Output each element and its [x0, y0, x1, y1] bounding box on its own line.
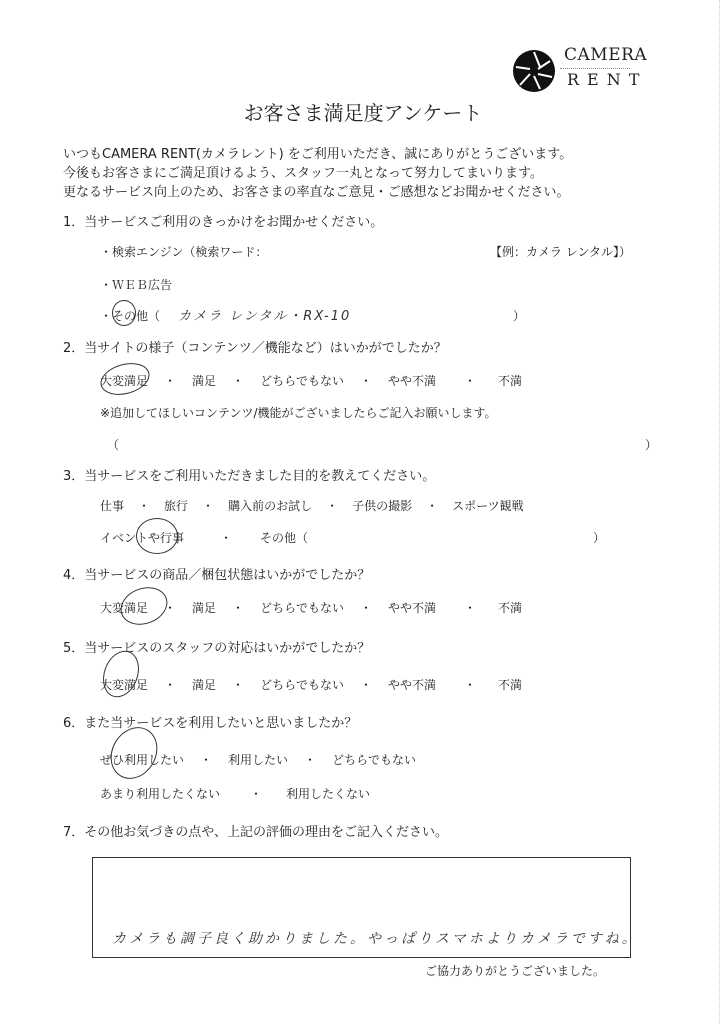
q3-selection-circle — [136, 518, 178, 554]
q1-search-example: 【例：カメラ レンタル】） — [490, 243, 631, 260]
q3-option-sports[interactable]: スポーツ観戦 — [452, 499, 524, 513]
q2-paren-open: （ — [107, 436, 119, 453]
scan-edge-dots — [719, 0, 721, 1024]
question-7: 7．その他お気づきの点や、上記の評価の理由をご記入ください。 — [63, 821, 448, 840]
logo: CAMERA RENT — [512, 45, 652, 95]
q2-selection-circle — [97, 358, 153, 400]
question-4: 4．当サービスの商品／梱包状態はいかがでしたか？ — [63, 564, 370, 583]
q3-option-travel[interactable]: 旅行 — [164, 499, 188, 513]
question-1: 1．当サービスご利用のきっかけをお聞かせください。 — [63, 211, 383, 230]
question-2: 2．当サイトの様子（コンテンツ／機能など）はいかがでしたか？ — [63, 337, 447, 356]
q5-options: 大変満足・満足・どちらでもない・やや不満・不満 — [100, 676, 522, 693]
logo-text-camera: CAMERA — [564, 45, 647, 65]
q3-option-work[interactable]: 仕事 — [100, 499, 124, 513]
q3-option-trial[interactable]: 購入前のお試し — [228, 499, 312, 513]
q6-option-not-really[interactable]: あまり利用したくない — [100, 787, 220, 801]
q6-options-row2: あまり利用したくない・利用したくない — [100, 785, 370, 802]
q3-options-row1: 仕事・旅行・購入前のお試し・子供の撮影・スポーツ観戦 — [100, 497, 524, 514]
q5-option-neutral[interactable]: どちらでもない — [260, 678, 344, 692]
q7-answer-handwritten: カメラも調子良く助かりました。やっぱりスマホよりカメラですね。 — [112, 928, 639, 948]
question-3: 3．当サービスをご利用いただきました目的を教えてください。 — [63, 465, 435, 484]
intro-line-2: 今後もお客さまにご満足頂けるよう、スタッフ一丸となって努力してまいります。 — [63, 162, 543, 181]
q4-option-satisfied[interactable]: 満足 — [192, 601, 216, 615]
q2-options: 大変満足・満足・どちらでもない・やや不満・不満 — [100, 372, 522, 389]
q5-option-dissatisfied[interactable]: 不満 — [498, 678, 522, 692]
q3-separator: ・ — [220, 529, 232, 546]
question-5: 5．当サービスのスタッフの対応はいかがでしたか？ — [63, 637, 370, 656]
q2-option-somewhat-dissatisfied[interactable]: やや不満 — [388, 374, 436, 388]
q1-other-close: ） — [513, 307, 525, 324]
q3-option-kids-photo[interactable]: 子供の撮影 — [352, 499, 412, 513]
q4-option-neutral[interactable]: どちらでもない — [260, 601, 344, 615]
q2-option-neutral[interactable]: どちらでもない — [260, 374, 344, 388]
camera-aperture-icon — [512, 49, 556, 93]
q2-option-satisfied[interactable]: 満足 — [192, 374, 216, 388]
q4-selection-circle — [115, 581, 172, 631]
q1-option-search-engine[interactable]: ・検索エンジン（検索ワード： — [100, 243, 267, 260]
q1-option-web-ad[interactable]: ・ＷＥＢ広告 — [100, 276, 172, 293]
q1-selection-circle — [112, 300, 136, 326]
q3-option-other[interactable]: その他（ — [260, 529, 308, 546]
intro-line-1: いつもCAMERA RENT(カメラレント) をご利用いただき、誠にありがとうご… — [63, 143, 572, 162]
logo-text-rent: RENT — [567, 70, 647, 89]
q2-option-dissatisfied[interactable]: 不満 — [498, 374, 522, 388]
question-6: 6．また当サービスを利用したいと思いましたか？ — [63, 712, 357, 731]
q6-option-no[interactable]: 利用したくない — [286, 787, 370, 801]
q2-paren-close: ） — [645, 436, 657, 453]
q5-option-somewhat-dissatisfied[interactable]: やや不満 — [388, 678, 436, 692]
page-title: お客さま満足度アンケート — [0, 97, 726, 126]
intro-line-3: 更なるサービス向上のため、お客さまの率直なご意見・ご感想などお聞かせください。 — [63, 181, 569, 200]
q3-other-close: ） — [593, 529, 605, 546]
q2-note: ※追加してほしいコンテンツ/機能がございましたらご記入お願いします。 — [100, 404, 497, 421]
footer-thanks: ご協力ありがとうございました。 — [425, 962, 605, 979]
q6-option-want[interactable]: 利用したい — [228, 753, 288, 767]
q5-option-satisfied[interactable]: 満足 — [192, 678, 216, 692]
q6-option-neutral[interactable]: どちらでもない — [332, 753, 416, 767]
q4-option-dissatisfied[interactable]: 不満 — [498, 601, 522, 615]
logo-divider — [560, 68, 630, 69]
q1-other-answer-handwritten[interactable]: カメラ レンタル・RX-10 — [178, 305, 351, 324]
q4-option-somewhat-dissatisfied[interactable]: やや不満 — [388, 601, 436, 615]
